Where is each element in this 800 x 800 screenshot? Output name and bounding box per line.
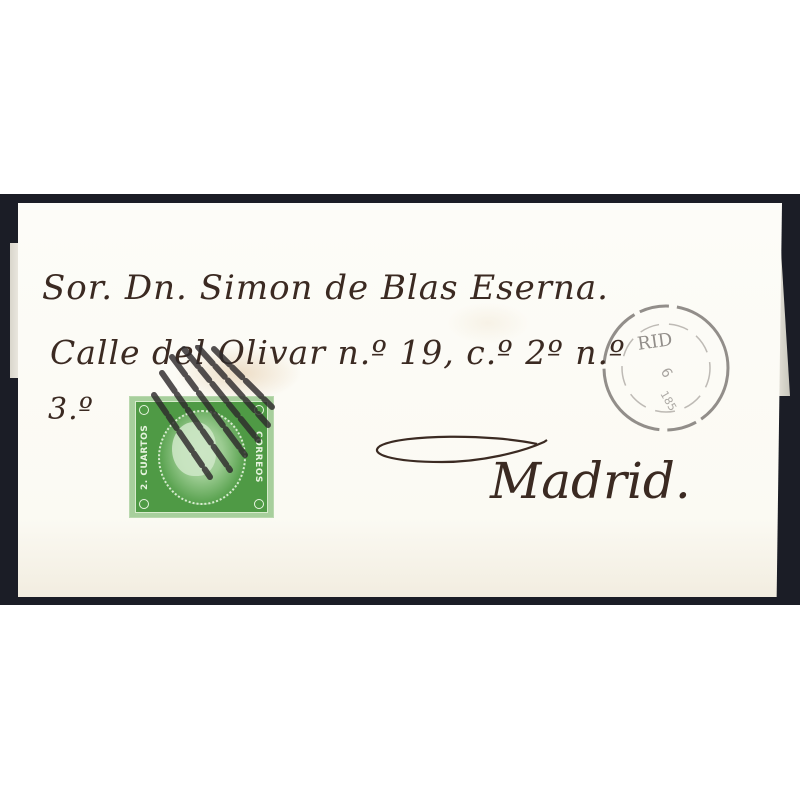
address-line-2: Calle del Olivar n.º 19, c.º 2º n.º [50, 333, 625, 372]
stamp-corner-icon [139, 405, 149, 415]
svg-text:RID: RID [636, 329, 674, 355]
svg-text:185: 185 [657, 389, 679, 414]
address-city: Madrid. [490, 452, 691, 510]
grid-cancel-icon [150, 345, 280, 495]
stamp-corner-icon [139, 499, 149, 509]
stamp-corner-icon [254, 499, 264, 509]
address-line-1: Sor. Dn. Simon de Blas Eserna. [42, 268, 609, 308]
address-line-3: 3.º [48, 392, 94, 427]
svg-text:6: 6 [657, 365, 675, 381]
